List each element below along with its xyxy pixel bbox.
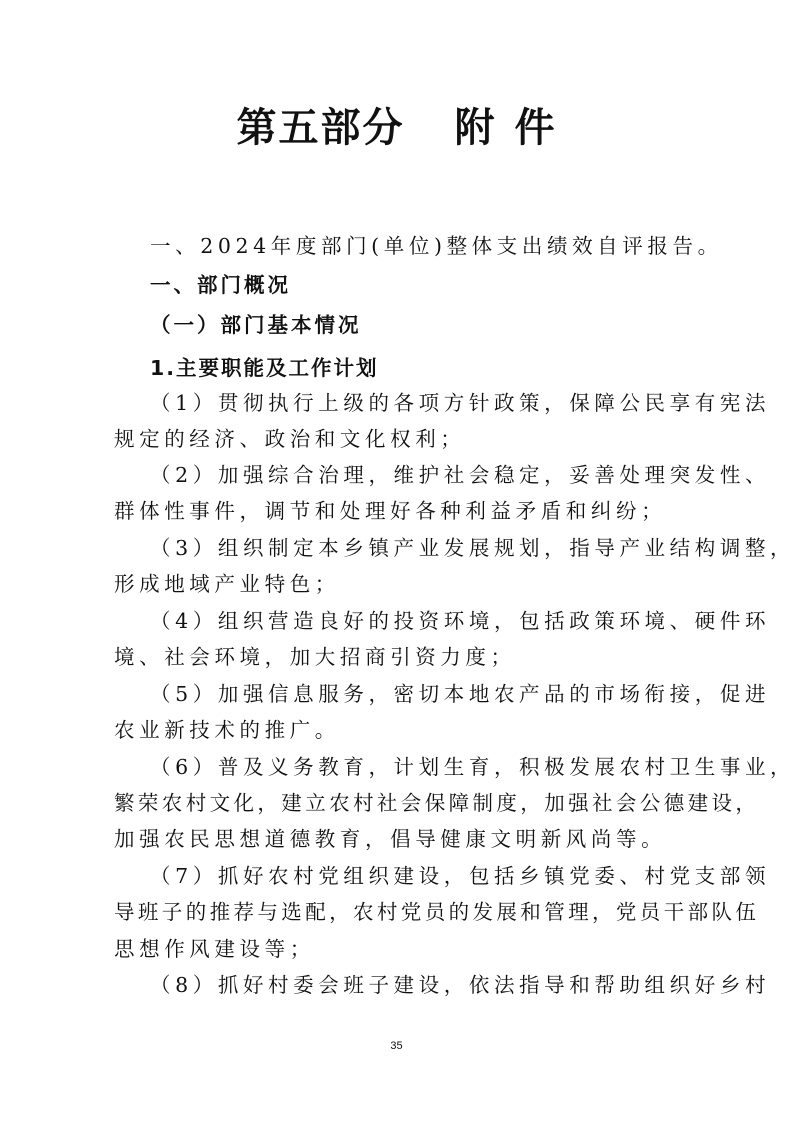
document-page: 第五部分附件 一、2024年度部门(单位)整体支出绩效自评报告。 一、部门概况 … [0, 0, 793, 1122]
item-heading-functions: 1.主要职能及工作计划 [150, 353, 716, 383]
paragraph-line: 繁荣农村文化，建立农村社会保障制度，加强社会公德建设， [114, 788, 680, 818]
title-word-2: 件 [515, 104, 557, 151]
paragraph-line: 农业新技术的推广。 [114, 715, 680, 745]
paragraph-line: 导班子的推荐与选配，农村党员的发展和管理，党员干部队伍 [114, 897, 680, 927]
subsection-heading-basic: （一）部门基本情况 [150, 310, 716, 340]
paragraph-line: （5）加强信息服务，密切本地农产品的市场衔接，促进 [150, 679, 716, 709]
paragraph-line: 思想作风建设等； [114, 934, 680, 964]
paragraph-line: 境、社会环境，加大招商引资力度； [114, 642, 680, 672]
title-word-1: 附 [455, 104, 497, 151]
paragraph-line: （6）普及义务教育，计划生育，积极发展农村卫生事业， [150, 752, 716, 782]
page-number: 35 [0, 1040, 793, 1052]
paragraph-line: （1）贯彻执行上级的各项方针政策，保障公民享有宪法 [150, 388, 716, 418]
paragraph-line: （2）加强综合治理，维护社会稳定，妥善处理突发性、 [150, 460, 716, 490]
paragraph-line: 群体性事件，调节和处理好各种利益矛盾和纠纷； [114, 496, 680, 526]
page-title: 第五部分附件 [0, 96, 793, 153]
paragraph-line: 形成地域产业特色； [114, 569, 680, 599]
paragraph-line: （8）抓好村委会班子建设，依法指导和帮助组织好乡村 [150, 970, 716, 1000]
report-heading: 一、2024年度部门(单位)整体支出绩效自评报告。 [150, 231, 716, 261]
paragraph-line: 加强农民思想道德教育，倡导健康文明新风尚等。 [114, 824, 680, 854]
paragraph-line: （4）组织营造良好的投资环境，包括政策环境、硬件环 [150, 606, 716, 636]
title-part: 第五部分 [237, 104, 405, 151]
paragraph-line: （7）抓好农村党组织建设，包括乡镇党委、村党支部领 [150, 861, 716, 891]
paragraph-line: （3）组织制定本乡镇产业发展规划，指导产业结构调整， [150, 533, 716, 563]
paragraph-line: 规定的经济、政治和文化权利； [114, 424, 680, 454]
section-heading-overview: 一、部门概况 [150, 270, 716, 300]
